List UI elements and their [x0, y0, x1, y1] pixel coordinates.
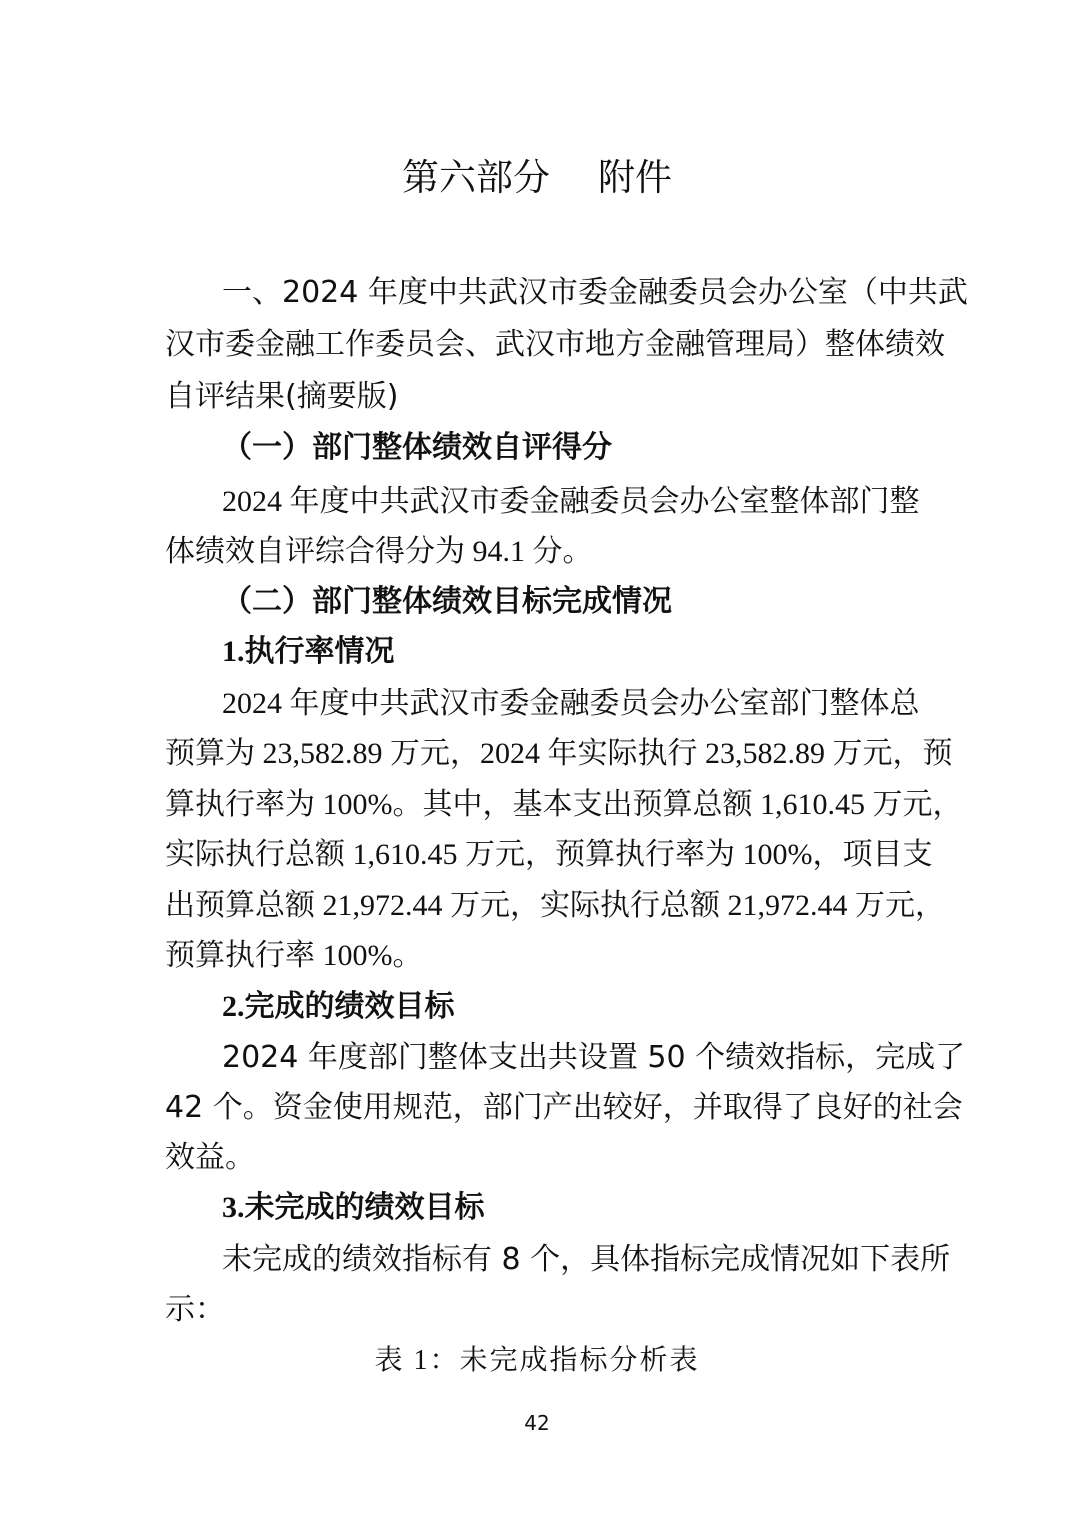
sub2-line-1: 2024 年度部门整体支出共设置 50 个绩效指标，完成了	[222, 1038, 910, 1078]
sub2-line-2: 42 个。资金使用规范，部门产出较好，并取得了良好的社会	[165, 1088, 910, 1128]
heading1-line-2: 汉市委金融工作委员会、武汉市地方金融管理局）整体绩效	[165, 325, 910, 365]
title-attachment-label: 附件	[598, 156, 672, 199]
sub3-heading: 3.未完成的绩效目标	[222, 1188, 967, 1228]
sub1-line-6: 预算执行率 100%。	[165, 936, 910, 976]
section1-line-1: 2024 年度中共武汉市委金融委员会办公室整体部门整	[222, 482, 910, 522]
section1-heading: （一）部门整体绩效自评得分	[222, 428, 967, 468]
title-part-label: 第六部分	[402, 156, 550, 199]
section2-heading: （二）部门整体绩效目标完成情况	[222, 582, 967, 622]
sub3-line-2: 示：	[165, 1290, 910, 1330]
heading1-line-1: 一、2024 年度中共武汉市委金融委员会办公室（中共武	[222, 273, 910, 313]
sub1-line-4: 实际执行总额 1,610.45 万元，预算执行率为 100%，项目支	[165, 835, 910, 875]
page-number: 42	[0, 1410, 1074, 1436]
sub1-line-1: 2024 年度中共武汉市委金融委员会办公室部门整体总	[222, 684, 910, 724]
sub1-heading: 1.执行率情况	[222, 632, 967, 672]
heading1-line-3: 自评结果(摘要版)	[165, 377, 910, 417]
section1-line-2: 体绩效自评综合得分为 94.1 分。	[165, 532, 910, 572]
table-caption: 表 1：未完成指标分析表	[0, 1341, 1074, 1381]
sub2-line-3: 效益。	[165, 1138, 910, 1178]
sub1-line-2: 预算为 23,582.89 万元，2024 年实际执行 23,582.89 万元…	[165, 734, 910, 774]
sub1-line-3: 算执行率为 100%。其中，基本支出预算总额 1,610.45 万元，	[165, 785, 910, 825]
sub2-heading: 2.完成的绩效目标	[222, 987, 967, 1027]
document-page: 第六部分附件 一、2024 年度中共武汉市委金融委员会办公室（中共武 汉市委金融…	[0, 0, 1074, 1520]
sub3-line-1: 未完成的绩效指标有 8 个，具体指标完成情况如下表所	[222, 1240, 910, 1280]
page-title: 第六部分附件	[0, 155, 1074, 201]
sub1-line-5: 出预算总额 21,972.44 万元，实际执行总额 21,972.44 万元，	[165, 886, 910, 926]
